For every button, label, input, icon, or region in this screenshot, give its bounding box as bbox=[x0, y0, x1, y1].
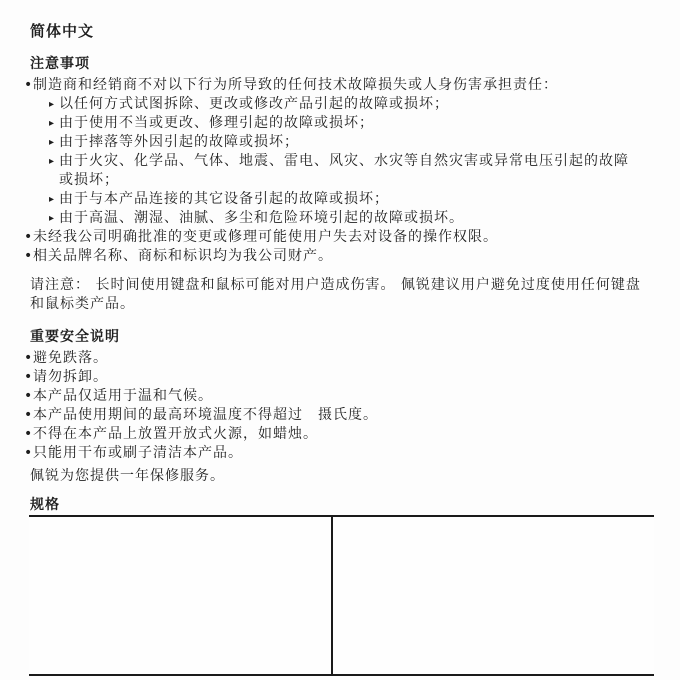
bullet-marker: • bbox=[24, 406, 33, 425]
sub-item-text-line1: 由于火灾、化学品、气体、地震、雷电、风灾、水灾等自然灾害或异常电压引起的故障 bbox=[59, 152, 656, 171]
list-item-text: 本产品仅适用于温和气候。 bbox=[33, 388, 213, 404]
list-item-text: 请勿拆卸。 bbox=[33, 369, 108, 385]
sub-list-item: ▸ 由于摔落等外因引起的故障或损坏； bbox=[33, 133, 656, 152]
sub-item-text: 由于与本产品连接的其它设备引起的故障或损坏； bbox=[59, 191, 389, 207]
triangle-bullet-marker: ▸ bbox=[49, 152, 55, 171]
bullet-marker: • bbox=[24, 228, 33, 247]
list-item: • 不得在本产品上放置开放式火源，如蜡烛。 bbox=[24, 425, 656, 444]
safety-list: • 避免跌落。 • 请勿拆卸。 • 本产品仅适用于温和气候。 • 本产品使用期间… bbox=[24, 349, 656, 463]
section-heading-precautions: 注意事项 bbox=[30, 55, 656, 74]
bullet-marker: • bbox=[24, 444, 33, 463]
list-item: • 请勿拆卸。 bbox=[24, 368, 656, 387]
sub-list-item: ▸ 由于与本产品连接的其它设备引起的故障或损坏； bbox=[33, 190, 656, 209]
sub-list-item: ▸ 以任何方式试图拆除、更改或修改产品引起的故障或损坏； bbox=[33, 95, 656, 114]
sub-item-text: 由于摔落等外因引起的故障或损坏； bbox=[59, 134, 299, 150]
triangle-bullet-marker: ▸ bbox=[49, 209, 55, 228]
list-item-text: 相关品牌名称、商标和标识均为我公司财产。 bbox=[33, 248, 333, 264]
list-item: • 只能用干布或刷子清洁本产品。 bbox=[24, 444, 656, 463]
list-item-text: 避免跌落。 bbox=[33, 350, 108, 366]
list-item-text: 制造商和经销商不对以下行为所导致的任何技术故障损失或人身伤害承担责任： bbox=[33, 77, 558, 93]
sub-item-text: 以任何方式试图拆除、更改或修改产品引起的故障或损坏； bbox=[59, 96, 449, 112]
precautions-list: • 制造商和经销商不对以下行为所导致的任何技术故障损失或人身伤害承担责任： ▸ … bbox=[24, 76, 656, 266]
list-item-text: 本产品使用期间的最高环境温度不得超过 摄氏度。 bbox=[33, 407, 378, 423]
bullet-marker: • bbox=[24, 425, 33, 444]
manual-page: 简体中文 注意事项 • 制造商和经销商不对以下行为所导致的任何技术故障损失或人身… bbox=[0, 0, 680, 680]
triangle-bullet-marker: ▸ bbox=[49, 95, 55, 114]
bullet-marker: • bbox=[24, 349, 33, 368]
sub-item-text: 由于高温、潮湿、油腻、多尘和危险环境引起的故障或损坏。 bbox=[59, 210, 464, 226]
list-item: • 未经我公司明确批准的变更或修理可能使用户失去对设备的操作权限。 bbox=[24, 228, 656, 247]
usage-note-paragraph: 请注意： 长时间使用键盘和鼠标可能对用户造成伤害。 佩锐建议用户避免过度使用任何… bbox=[30, 276, 656, 314]
list-item: • 本产品仅适用于温和气候。 bbox=[24, 387, 656, 406]
bullet-marker: • bbox=[24, 247, 33, 266]
bullet-marker: • bbox=[24, 368, 33, 387]
triangle-bullet-marker: ▸ bbox=[49, 114, 55, 133]
page-content: 简体中文 注意事项 • 制造商和经销商不对以下行为所导致的任何技术故障损失或人身… bbox=[0, 0, 680, 515]
specs-table bbox=[29, 515, 654, 676]
usage-note-line1: 请注意： 长时间使用键盘和鼠标可能对用户造成伤害。 佩锐建议用户避免过度使用任何… bbox=[30, 276, 656, 295]
list-item: • 相关品牌名称、商标和标识均为我公司财产。 bbox=[24, 247, 656, 266]
triangle-bullet-marker: ▸ bbox=[49, 133, 55, 152]
liability-causes-list: ▸ 以任何方式试图拆除、更改或修改产品引起的故障或损坏； ▸ 由于使用不当或更改… bbox=[33, 95, 656, 228]
page-title: 简体中文 bbox=[30, 22, 656, 41]
list-item-text: 不得在本产品上放置开放式火源，如蜡烛。 bbox=[33, 426, 318, 442]
sub-item-text: 由于使用不当或更改、修理引起的故障或损坏； bbox=[59, 115, 374, 131]
sub-list-item: ▸ 由于高温、潮湿、油腻、多尘和危险环境引起的故障或损坏。 bbox=[33, 209, 656, 228]
list-item-text: 未经我公司明确批准的变更或修理可能使用户失去对设备的操作权限。 bbox=[33, 229, 498, 245]
usage-note-line2: 和鼠标类产品。 bbox=[30, 295, 656, 314]
section-heading-specs: 规格 bbox=[30, 496, 656, 515]
sub-item-text-line2: 或损坏； bbox=[59, 171, 656, 190]
bullet-marker: • bbox=[24, 76, 33, 95]
list-item: • 制造商和经销商不对以下行为所导致的任何技术故障损失或人身伤害承担责任： ▸ … bbox=[24, 76, 656, 228]
bullet-marker: • bbox=[24, 387, 33, 406]
list-item-text: 只能用干布或刷子清洁本产品。 bbox=[33, 445, 243, 461]
section-heading-safety: 重要安全说明 bbox=[30, 328, 656, 347]
triangle-bullet-marker: ▸ bbox=[49, 190, 55, 209]
sub-list-item: ▸ 由于火灾、化学品、气体、地震、雷电、风灾、水灾等自然灾害或异常电压引起的故障… bbox=[33, 152, 656, 190]
specs-table-column-divider bbox=[331, 517, 333, 674]
warranty-text: 佩锐为您提供一年保修服务。 bbox=[30, 467, 656, 486]
list-item: • 避免跌落。 bbox=[24, 349, 656, 368]
list-item: • 本产品使用期间的最高环境温度不得超过 摄氏度。 bbox=[24, 406, 656, 425]
sub-list-item: ▸ 由于使用不当或更改、修理引起的故障或损坏； bbox=[33, 114, 656, 133]
